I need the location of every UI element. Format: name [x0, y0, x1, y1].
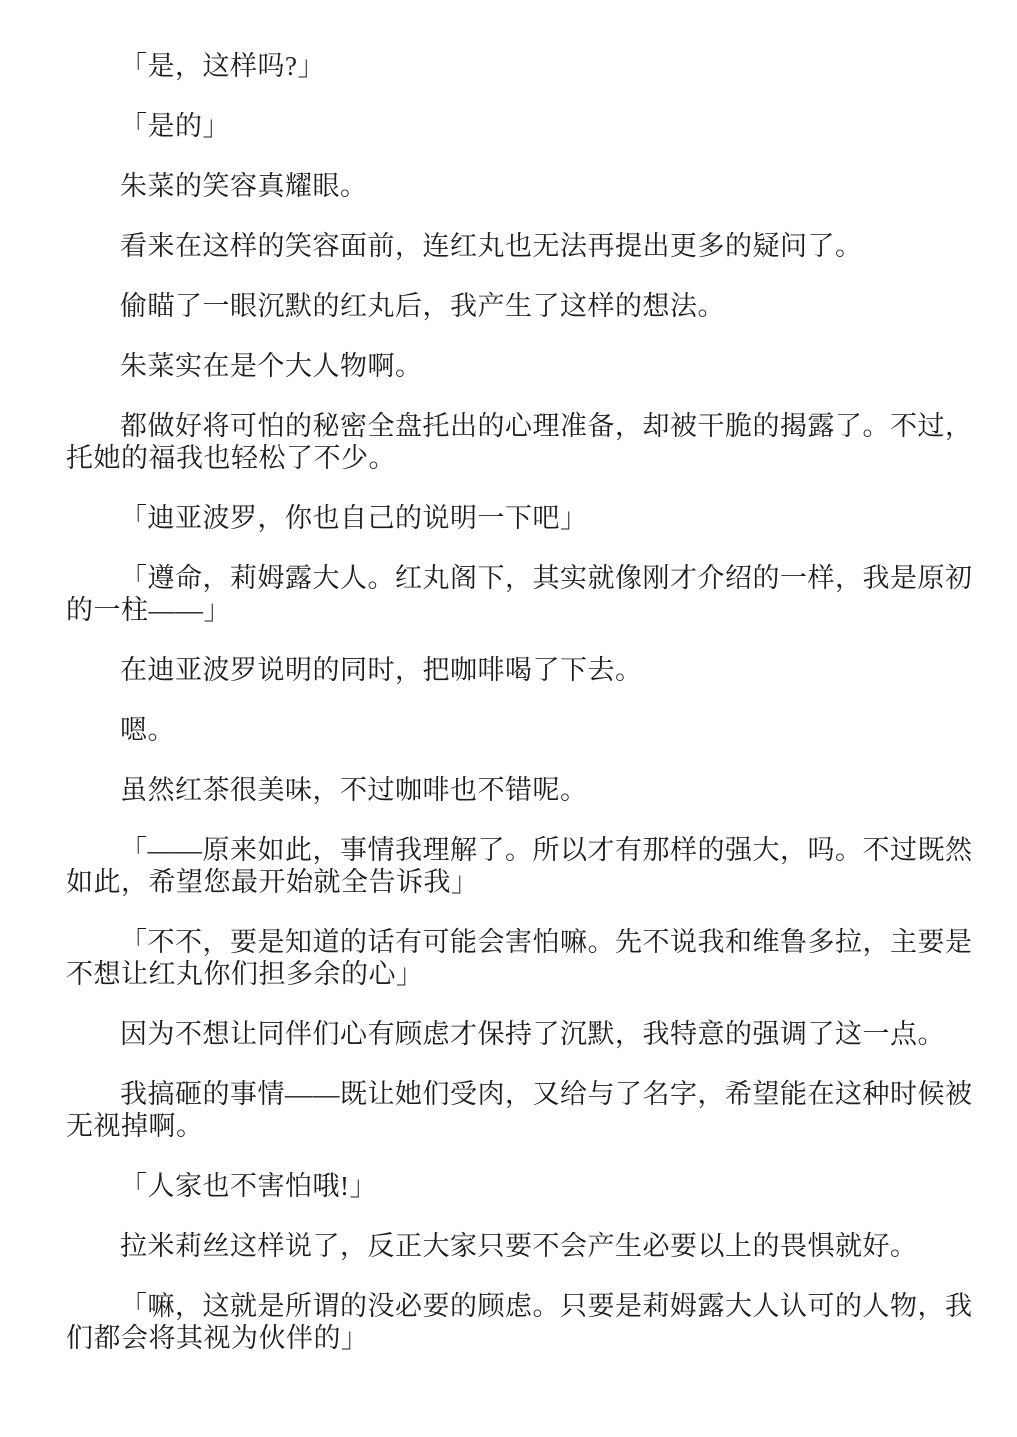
paragraph: 「迪亚波罗，你也自己的说明一下吧」 [66, 502, 933, 534]
paragraph: 在迪亚波罗说明的同时，把咖啡喝了下去。 [66, 654, 933, 686]
paragraph: 「嘛，这就是所谓的没必要的顾虑。只要是莉姆露大人认可的人物，我们都会将其视为伙伴… [66, 1290, 933, 1354]
paragraph-first-line: 朱菜的笑容真耀眼。 [66, 170, 933, 202]
paragraph: 「遵命，莉姆露大人。红丸阁下，其实就像刚才介绍的一样，我是原初的一柱——」 [66, 562, 933, 626]
paragraph-continuation-line: 无视掉啊。 [66, 1110, 933, 1142]
paragraph-first-line: 「——原来如此，事情我理解了。所以才有那样的强大，吗。不过既然 [66, 834, 933, 866]
paragraph-first-line: 「遵命，莉姆露大人。红丸阁下，其实就像刚才介绍的一样，我是原初 [66, 562, 933, 594]
paragraph: 嗯。 [66, 714, 933, 746]
paragraph: 「不不，要是知道的话有可能会害怕嘛。先不说我和维鲁多拉，主要是不想让红丸你们担多… [66, 926, 933, 990]
paragraph-first-line: 「嘛，这就是所谓的没必要的顾虑。只要是莉姆露大人认可的人物，我 [66, 1290, 933, 1322]
paragraph: 「人家也不害怕哦!」 [66, 1170, 933, 1202]
paragraph-first-line: 「不不，要是知道的话有可能会害怕嘛。先不说我和维鲁多拉，主要是 [66, 926, 933, 958]
paragraph: 因为不想让同伴们心有顾虑才保持了沉默，我特意的强调了这一点。 [66, 1018, 933, 1050]
paragraph: 虽然红茶很美味，不过咖啡也不错呢。 [66, 774, 933, 806]
paragraph: 我搞砸的事情——既让她们受肉，又给与了名字，希望能在这种时候被无视掉啊。 [66, 1078, 933, 1142]
paragraph-first-line: 拉米莉丝这样说了，反正大家只要不会产生必要以上的畏惧就好。 [66, 1230, 933, 1262]
paragraph-first-line: 在迪亚波罗说明的同时，把咖啡喝了下去。 [66, 654, 933, 686]
paragraph: 看来在这样的笑容面前，连红丸也无法再提出更多的疑问了。 [66, 230, 933, 262]
paragraph-continuation-line: 们都会将其视为伙伴的」 [66, 1322, 933, 1354]
paragraph-first-line: 因为不想让同伴们心有顾虑才保持了沉默，我特意的强调了这一点。 [66, 1018, 933, 1050]
paragraph: 都做好将可怕的秘密全盘托出的心理准备，却被干脆的揭露了。不过，托她的福我也轻松了… [66, 410, 933, 474]
paragraph: 朱菜的笑容真耀眼。 [66, 170, 933, 202]
paragraph-first-line: 「迪亚波罗，你也自己的说明一下吧」 [66, 502, 933, 534]
paragraph: 「——原来如此，事情我理解了。所以才有那样的强大，吗。不过既然如此，希望您最开始… [66, 834, 933, 898]
paragraph: 「是的」 [66, 110, 933, 142]
paragraph-first-line: 偷瞄了一眼沉默的红丸后，我产生了这样的想法。 [66, 290, 933, 322]
paragraph-first-line: 「是的」 [66, 110, 933, 142]
paragraph-first-line: 朱菜实在是个大人物啊。 [66, 350, 933, 382]
paragraph-first-line: 「是，这样吗?」 [66, 50, 933, 82]
paragraph-first-line: 看来在这样的笑容面前，连红丸也无法再提出更多的疑问了。 [66, 230, 933, 262]
paragraph-first-line: 「人家也不害怕哦!」 [66, 1170, 933, 1202]
paragraph: 偷瞄了一眼沉默的红丸后，我产生了这样的想法。 [66, 290, 933, 322]
paragraph: 朱菜实在是个大人物啊。 [66, 350, 933, 382]
paragraph-continuation-line: 不想让红丸你们担多余的心」 [66, 958, 933, 990]
novel-page: 「是，这样吗?」「是的」朱菜的笑容真耀眼。看来在这样的笑容面前，连红丸也无法再提… [0, 0, 1017, 1437]
paragraph-first-line: 嗯。 [66, 714, 933, 746]
paragraph-first-line: 都做好将可怕的秘密全盘托出的心理准备，却被干脆的揭露了。不过， [66, 410, 933, 442]
paragraph: 「是，这样吗?」 [66, 50, 933, 82]
text-content: 「是，这样吗?」「是的」朱菜的笑容真耀眼。看来在这样的笑容面前，连红丸也无法再提… [66, 50, 933, 1354]
paragraph-continuation-line: 托她的福我也轻松了不少。 [66, 442, 933, 474]
paragraph-continuation-line: 如此，希望您最开始就全告诉我」 [66, 866, 933, 898]
paragraph-continuation-line: 的一柱——」 [66, 594, 933, 626]
paragraph-first-line: 虽然红茶很美味，不过咖啡也不错呢。 [66, 774, 933, 806]
paragraph-first-line: 我搞砸的事情——既让她们受肉，又给与了名字，希望能在这种时候被 [66, 1078, 933, 1110]
paragraph: 拉米莉丝这样说了，反正大家只要不会产生必要以上的畏惧就好。 [66, 1230, 933, 1262]
